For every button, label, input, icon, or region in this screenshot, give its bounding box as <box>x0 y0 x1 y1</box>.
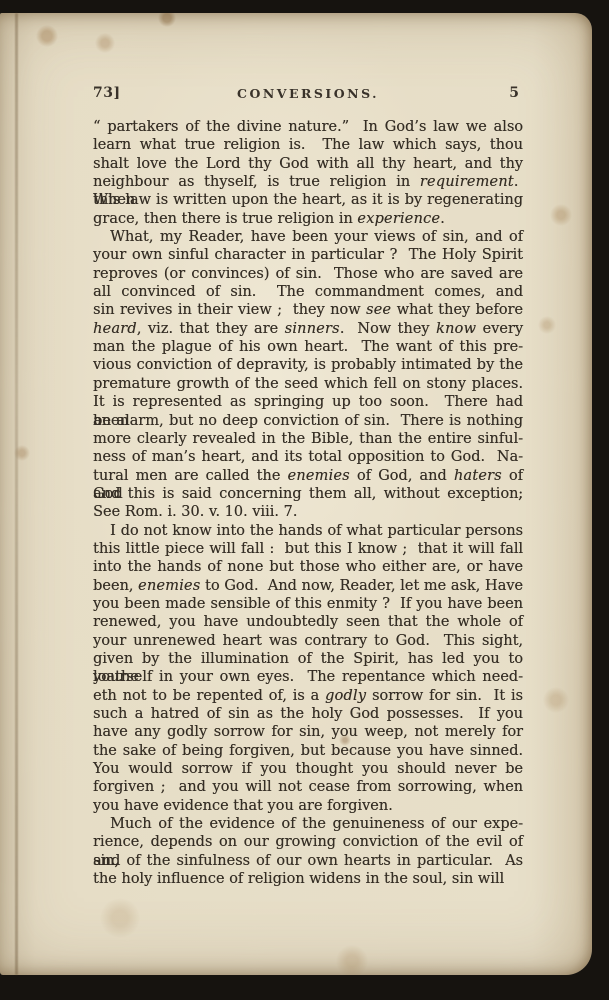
text-line: grace, then there is true religion in ex… <box>93 210 523 228</box>
paragraph: “ partakers of the divine nature.” In Go… <box>93 118 523 228</box>
text-line: the sake of being forgiven, but because … <box>93 742 523 760</box>
text-line: this little piece will fall : but this I… <box>93 540 523 558</box>
text-line: ness of man’s heart, and its total oppos… <box>93 448 523 466</box>
text-line: forgiven ; and you will not cease from s… <box>93 778 523 796</box>
text-line: all convinced of sin. The commandment co… <box>93 283 523 301</box>
text-line: I do not know into the hands of what par… <box>93 522 523 540</box>
paragraph: What, my Reader, have been your views of… <box>93 228 523 522</box>
text-line: your own sinful character in particular … <box>93 246 523 264</box>
text-line: See Rom. i. 30. v. 10. viii. 7. <box>93 503 523 521</box>
text-line: premature growth of the seed which fell … <box>93 375 523 393</box>
text-line: renewed, you have undoubtedly seen that … <box>93 613 523 631</box>
text-line: reproves (or convinces) of sin. Those wh… <box>93 265 523 283</box>
text-line: been, enemies to God. And now, Reader, l… <box>93 577 523 595</box>
text-line: have any godly sorrow for sin, you weep,… <box>93 723 523 741</box>
book-page: 73] CONVERSIONS. 5 “ partakers of the di… <box>0 13 592 975</box>
text-line: You would sorrow if you thought you shou… <box>93 760 523 778</box>
binding-crease <box>15 13 18 975</box>
text-line: yourself in your own eyes. The repentanc… <box>93 668 523 686</box>
text-line: the holy influence of religion widens in… <box>93 870 523 888</box>
text-line: you have evidence that you are forgiven. <box>93 797 523 815</box>
text-line: “ partakers of the divine nature.” In Go… <box>93 118 523 136</box>
text-line: into the hands of none but those who eit… <box>93 558 523 576</box>
page-header: 73] CONVERSIONS. 5 <box>93 85 523 105</box>
text-line: man the plague of his own heart. The wan… <box>93 338 523 356</box>
text-line: heard, viz. that they are sinners. Now t… <box>93 320 523 338</box>
text-line: shalt love the Lord thy God with all thy… <box>93 155 523 173</box>
text-line: you been made sensible of this enmity ? … <box>93 595 523 613</box>
text-line: and this is said concerning them all, wi… <box>93 485 523 503</box>
text-line: What, my Reader, have been your views of… <box>93 228 523 246</box>
text-line: an alarm, but no deep conviction of sin.… <box>93 412 523 430</box>
text-line: Much of the evidence of the genuineness … <box>93 815 523 833</box>
text-line: given by the illumination of the Spirit,… <box>93 650 523 668</box>
text-line: rience, depends on our growing convictio… <box>93 833 523 851</box>
text-line: sin revives in their view ; they now see… <box>93 301 523 319</box>
page-number: 5 <box>509 85 519 101</box>
paragraph: I do not know into the hands of what par… <box>93 522 523 816</box>
paragraph: Much of the evidence of the genuineness … <box>93 815 523 888</box>
text-line: It is represented as springing up too so… <box>93 393 523 411</box>
text-line: this law is written upon the heart, as i… <box>93 191 523 209</box>
text-line: neighbour as thyself, is true religion i… <box>93 173 523 191</box>
text-line: such a hatred of sin as the holy God pos… <box>93 705 523 723</box>
text-line: vious conviction of depravity, is probab… <box>93 356 523 374</box>
text-line: tural men are called the enemies of God,… <box>93 467 523 485</box>
scanned-page-photo: 73] CONVERSIONS. 5 “ partakers of the di… <box>0 0 609 1000</box>
text-line: learn what true religion is. The law whi… <box>93 136 523 154</box>
text-line: more clearly revealed in the Bible, than… <box>93 430 523 448</box>
running-title: CONVERSIONS. <box>93 86 523 101</box>
text-line: your unrenewed heart was contrary to God… <box>93 632 523 650</box>
body-text: “ partakers of the divine nature.” In Go… <box>93 118 523 888</box>
text-line: eth not to be repented of, is a godly so… <box>93 687 523 705</box>
text-line: and of the sinfulness of our own hearts … <box>93 852 523 870</box>
